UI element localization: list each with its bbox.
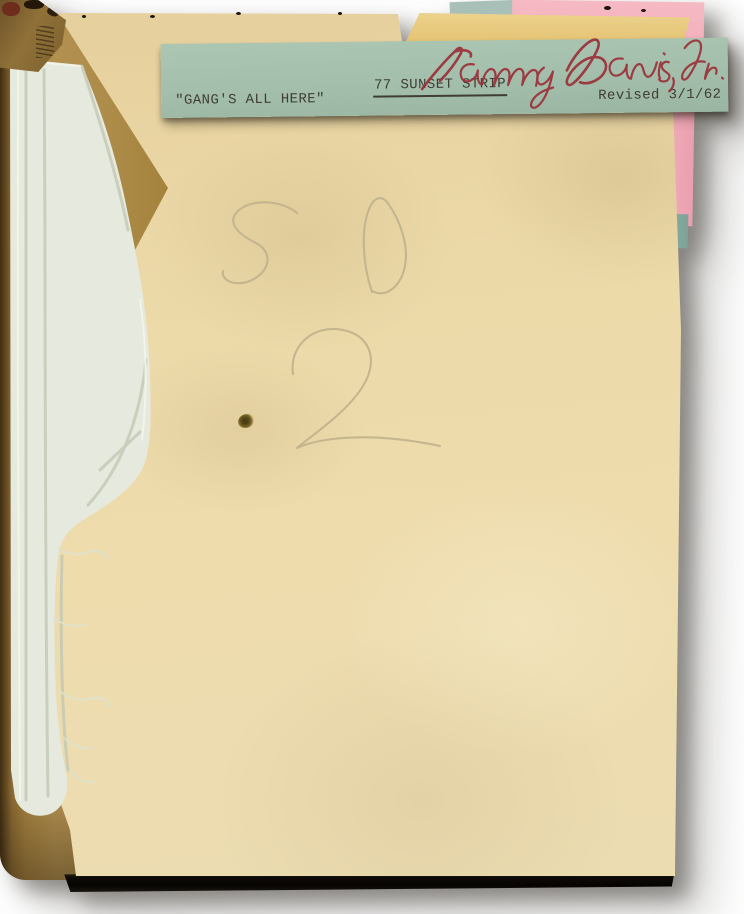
tape-scratches [36, 26, 54, 58]
speck [604, 6, 611, 10]
speck [236, 12, 241, 15]
signature-sammy-davis-jr [161, 38, 729, 118]
title-strip: "GANG'S ALL HERE" 77 SUNSET STRIP Revise… [161, 38, 729, 118]
tape-dark-mark [24, 0, 44, 9]
speck [641, 9, 646, 12]
speck [338, 12, 342, 15]
script-cover-photo: "GANG'S ALL HERE" 77 SUNSET STRIP Revise… [0, 0, 744, 914]
speck [82, 15, 86, 18]
tape-dark-mark [46, 6, 60, 18]
speck [150, 15, 155, 18]
bound-script-stack: "GANG'S ALL HERE" 77 SUNSET STRIP Revise… [0, 0, 744, 914]
tape-red-mark [2, 2, 20, 16]
